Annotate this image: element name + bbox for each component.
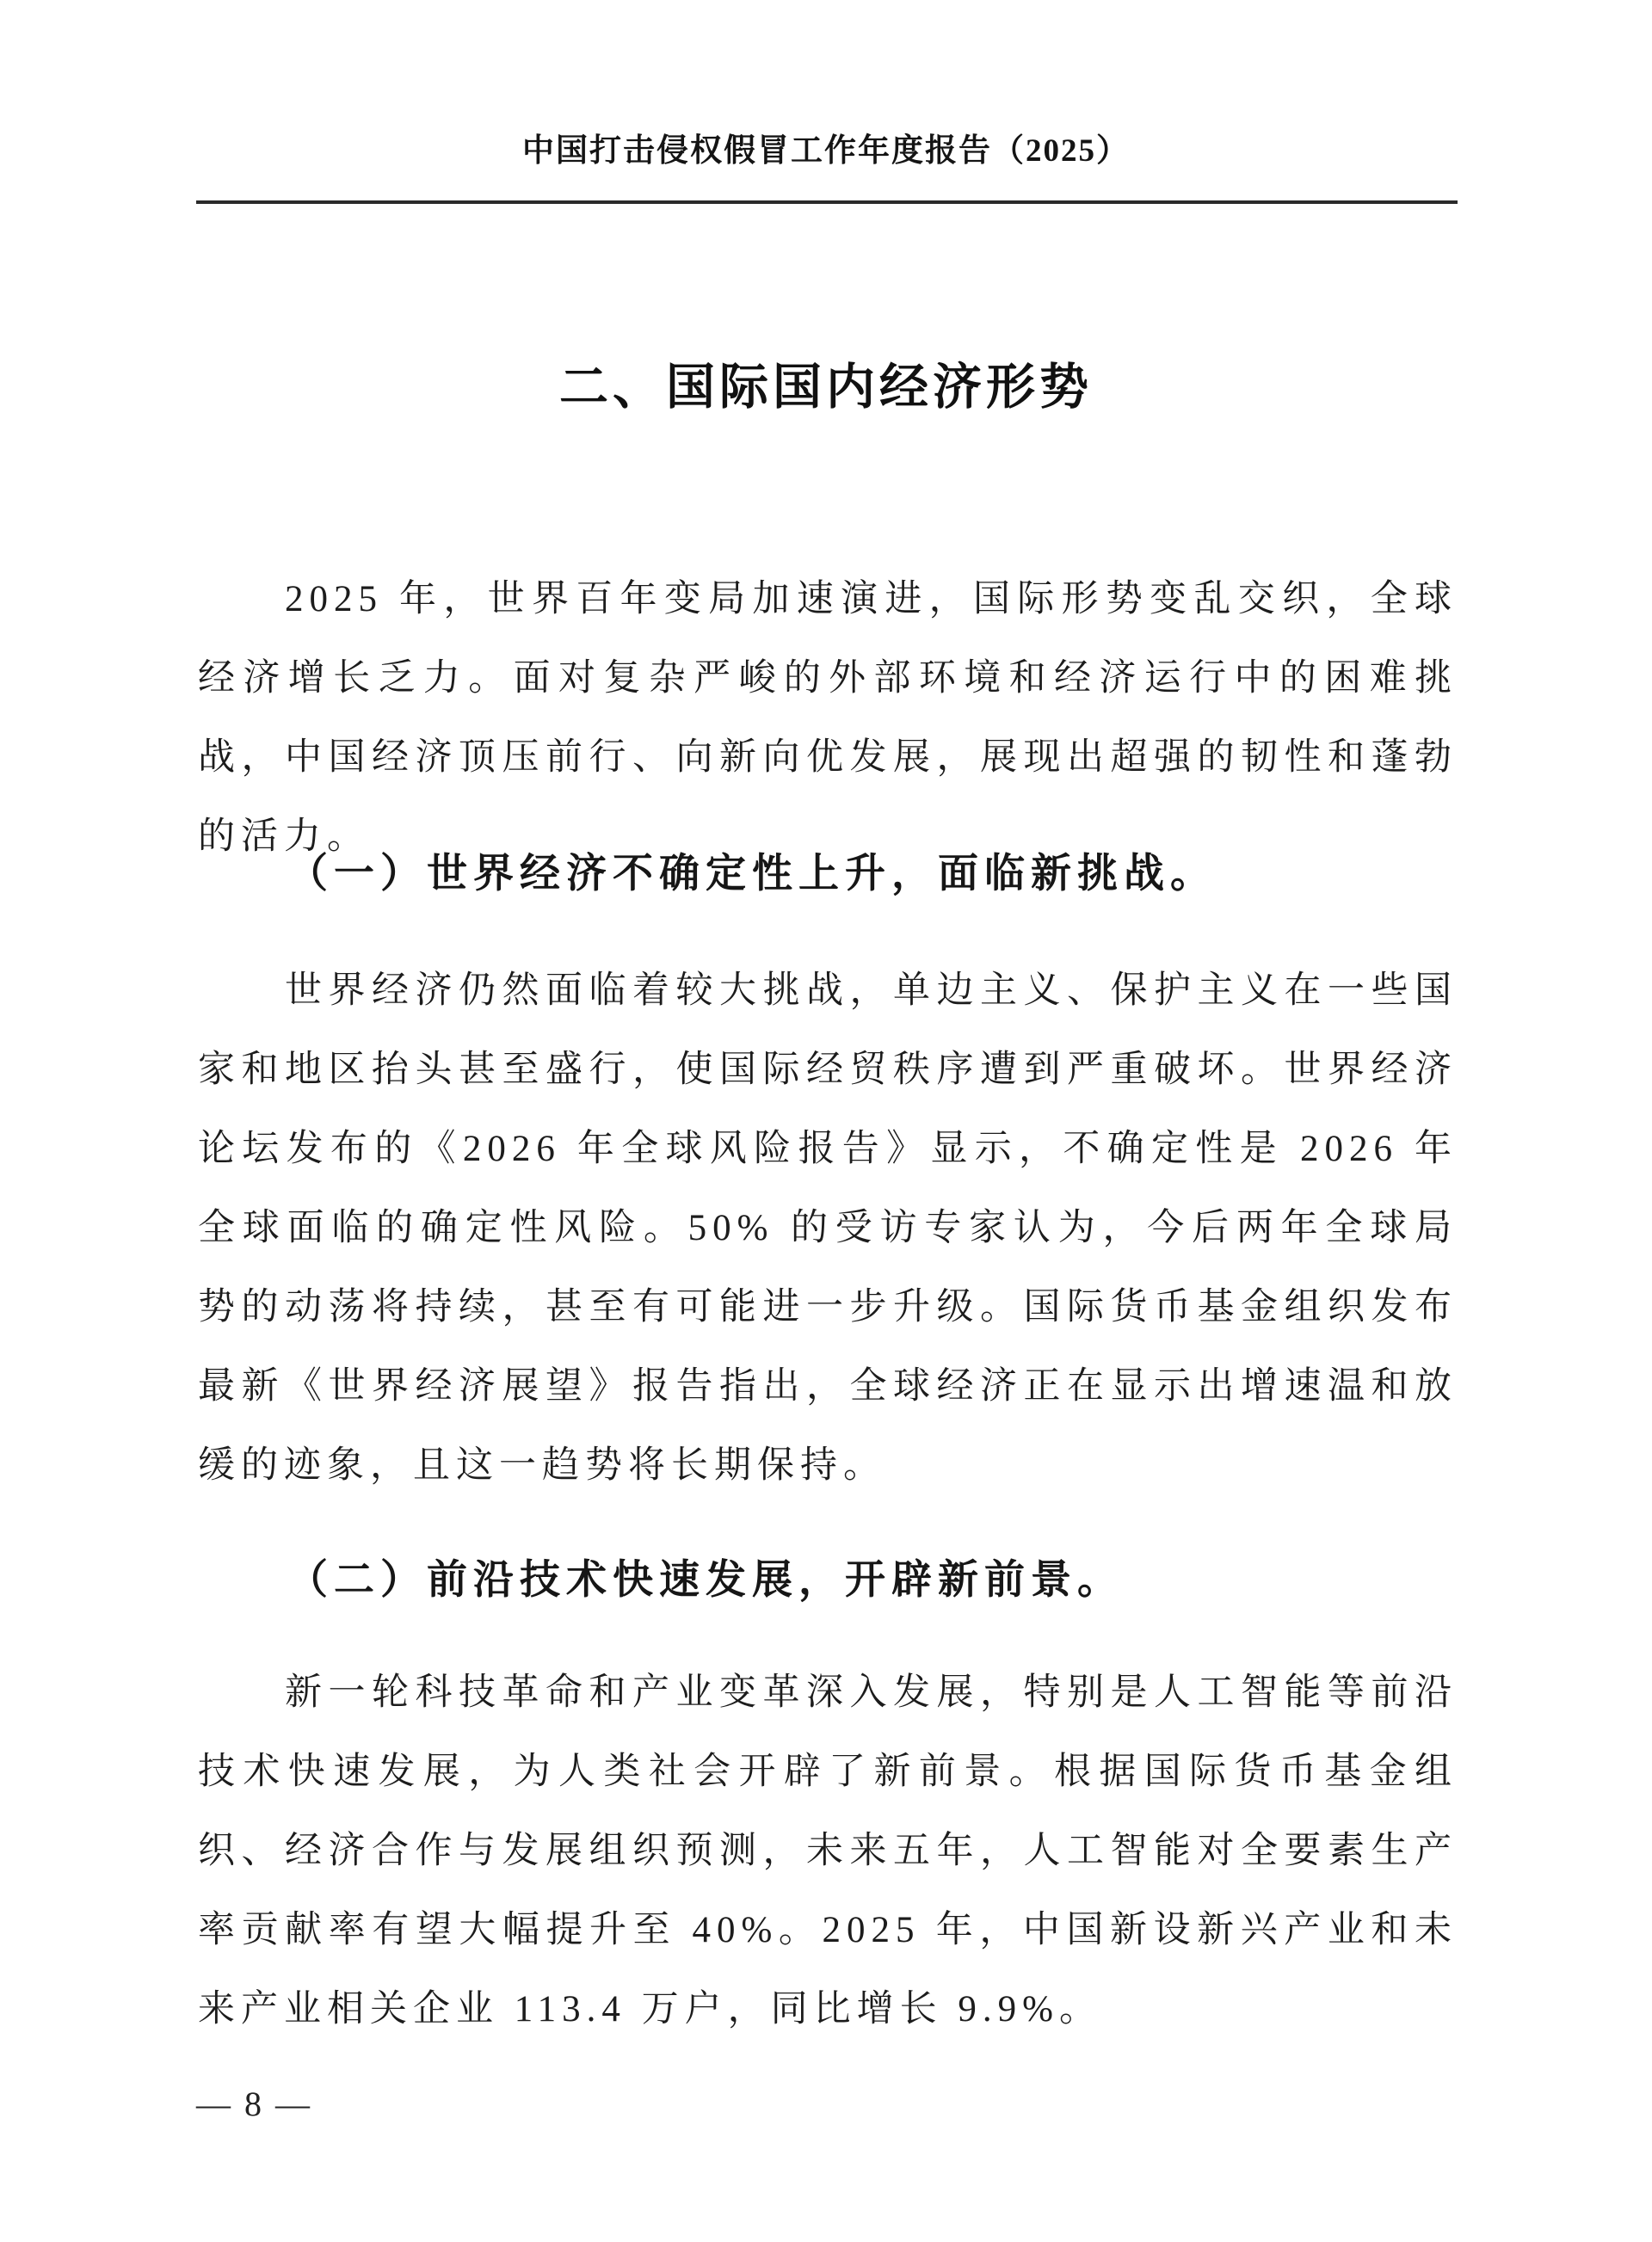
page-number: — 8 — (196, 2080, 312, 2128)
subheading-frontier-technology: （二）前沿技术快速发展，开辟新前景。 (198, 1540, 1458, 1619)
header-rule (196, 200, 1458, 204)
running-header: 中国打击侵权假冒工作年度报告（2025） (0, 129, 1652, 174)
paragraph-frontier-technology: 新一轮科技革命和产业变革深入发展，特别是人工智能等前沿技术快速发展，为人类社会开… (198, 1654, 1458, 2049)
document-page: 中国打击侵权假冒工作年度报告（2025） 二、国际国内经济形势 2025 年，世… (0, 0, 1652, 2242)
section-title: 二、国际国内经济形势 (0, 347, 1652, 429)
subheading-world-economy: （一）世界经济不确定性上升，面临新挑战。 (198, 834, 1458, 913)
paragraph-intro: 2025 年，世界百年变局加速演进，国际形势变乱交织，全球经济增长乏力。面对复杂… (198, 560, 1458, 877)
paragraph-world-economy: 世界经济仍然面临着较大挑战，单边主义、保护主义在一些国家和地区抬头甚至盛行，使国… (198, 952, 1458, 1506)
